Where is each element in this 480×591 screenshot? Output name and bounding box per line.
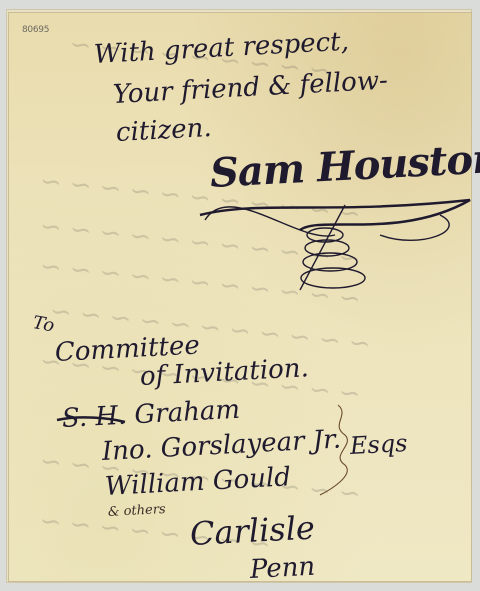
bleed-through-text: ~ ~ ~ ~ ~ ~ ~ ~ ~ ~ ~ (38, 211, 362, 275)
city: Carlisle (189, 508, 316, 552)
honorific: Esqs (349, 429, 408, 460)
addressee-prefix: To (31, 312, 56, 336)
others-note: & others (108, 502, 166, 520)
bleed-through-text: ~ ~ ~ ~ ~ ~ ~ ~ ~ ~ ~ (38, 251, 362, 315)
catalog-number: 80695 (22, 25, 49, 35)
state: Penn (249, 552, 316, 585)
closing-line-3: citizen. (115, 113, 212, 148)
